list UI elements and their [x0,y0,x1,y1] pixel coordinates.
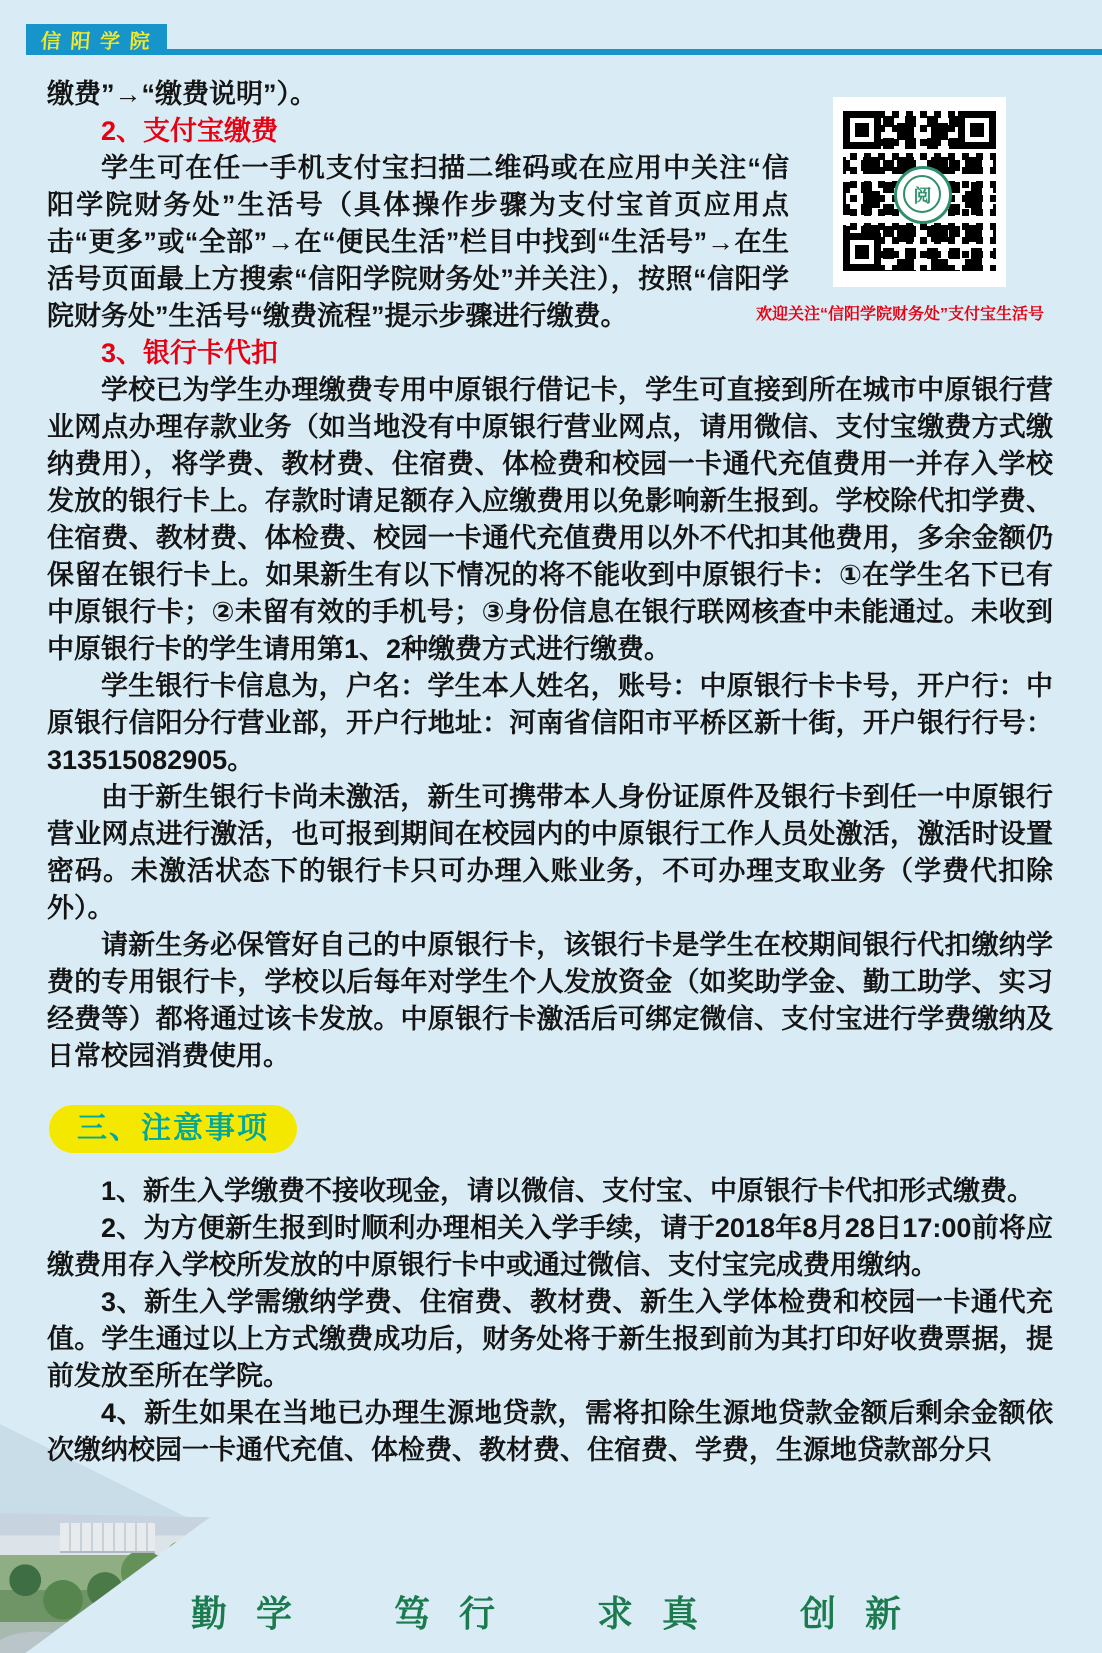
note-item-4: 4、新生如果在当地已办理生源地贷款，需将扣除生源地贷款金额后剩余金额依次缴纳校园… [47,1395,1053,1469]
qr-finder-top-left-icon [843,111,881,149]
footer-motto: 勤 学 笃 行 求 真 创 新 [0,1586,1102,1637]
qr-finder-bottom-left-icon [843,233,881,271]
school-name: 信 阳 学 院 [40,25,153,54]
bankcard-paragraph-2: 学生银行卡信息为，户名：学生本人姓名，账号：中原银行卡卡号，开户行：中原银行信阳… [47,668,1053,779]
header-rule-line [26,49,1102,55]
qr-finder-top-right-icon [958,111,996,149]
qr-center-school-seal-icon: 阅 [894,166,952,224]
alipay-paragraph: 学生可在任一手机支付宝扫描二维码或在应用中关注“信阳学院财务处”生活号（具体操作… [47,150,789,335]
bankcard-paragraph-3: 由于新生银行卡尚未激活，新生可携带本人身份证原件及银行卡到任一中原银行营业网点进… [47,779,1053,927]
alipay-qr-card: 阅 [833,97,1006,287]
bankcard-paragraph-4: 请新生务必保管好自己的中原银行卡，该银行卡是学生在校期间银行代扣缴纳学费的专用银… [47,927,1053,1075]
qr-caption: 欢迎关注“信阳学院财务处”支付宝生活号 [748,301,1052,324]
note-item-3: 3、新生入学需缴纳学费、住宿费、教材费、新生入学体检费和校园一卡通代充值。学生通… [47,1284,1053,1395]
note-item-2: 2、为方便新生报到时顺利办理相关入学手续，请于2018年8月28日17:00前将… [47,1210,1053,1284]
notes-section-heading: 三、注意事项 [49,1105,297,1153]
page: { "colors": { "page_background": "#d9ecf… [0,0,1102,1653]
campus-building-image [60,1523,155,1553]
bankcard-section-heading: 3、银行卡代扣 [47,335,1053,372]
bankcard-paragraph-1: 学校已为学生办理缴费专用中原银行借记卡，学生可直接到所在城市中原银行营业网点办理… [47,372,1053,668]
school-name-badge: 信 阳 学 院 [26,24,167,55]
note-item-1: 1、新生入学缴费不接收现金，请以微信、支付宝、中原银行卡代扣形式缴费。 [47,1173,1053,1210]
